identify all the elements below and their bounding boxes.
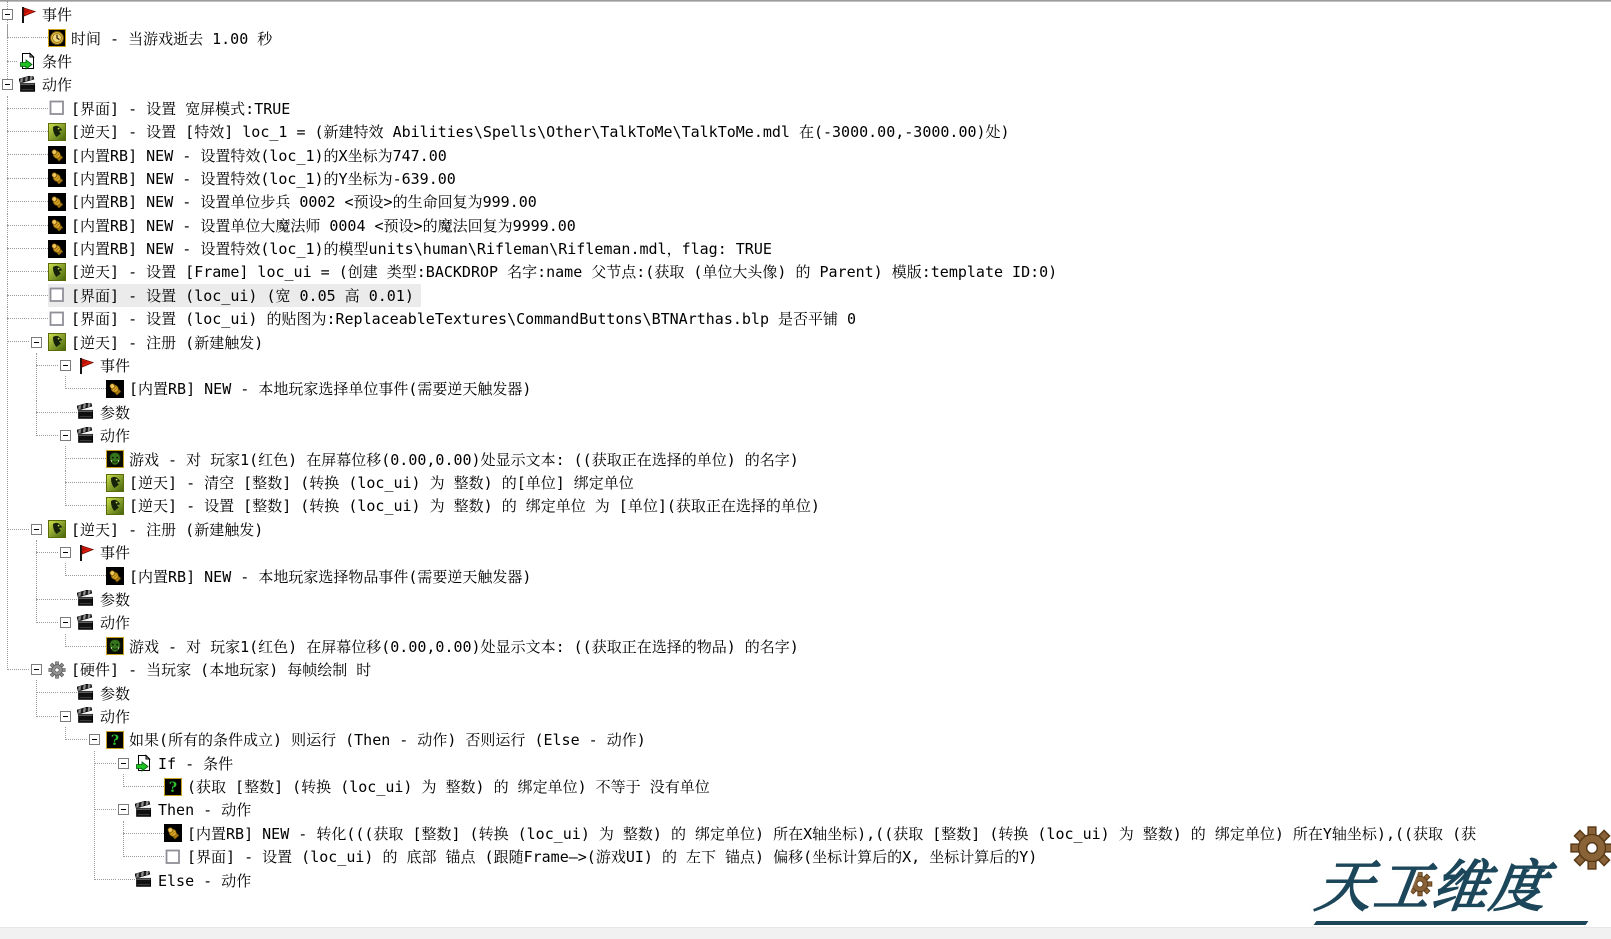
- tree-row[interactable]: [界面] - 设置 宽屏模式:TRUE: [31, 97, 1611, 120]
- action-clapper-icon: [135, 801, 153, 819]
- tree-row[interactable]: 事件: [60, 354, 1611, 377]
- action-clapper-icon: [77, 614, 95, 632]
- tree-node: If - 条件?(获取 [整数] (转换 (loc_ui) 为 整数) 的 绑定…: [118, 752, 1611, 799]
- row-content: 条件: [19, 50, 79, 73]
- tree-connector-slot: [147, 822, 164, 845]
- tree-connector-slot: [2, 73, 19, 96]
- tree-connector-slot: [60, 541, 77, 564]
- tree-row[interactable]: ?(获取 [整数] (转换 (loc_ui) 为 整数) 的 绑定单位) 不等于…: [147, 775, 1611, 798]
- tree-row-label: 参数: [100, 683, 130, 704]
- event-flag-icon: [19, 6, 37, 24]
- tree-node: [界面] - 设置 宽屏模式:TRUE: [31, 97, 1611, 120]
- row-content: 参数: [77, 588, 137, 611]
- expand-collapse-toggle[interactable]: [60, 617, 71, 628]
- tree-row[interactable]: Then - 动作: [118, 798, 1611, 821]
- tree-node: 事件时间 - 当游戏逝去 1.00 秒: [2, 3, 1611, 50]
- tree-node: [内置RB] NEW - 设置单位步兵 0002 <预设>的生命回复为999.0…: [31, 190, 1611, 213]
- trigger-editor-tree: 事件时间 - 当游戏逝去 1.00 秒条件动作[界面] - 设置 宽屏模式:TR…: [0, 3, 1611, 892]
- tree-connector-slot: [60, 401, 77, 424]
- tree-row-label: [内置RB] NEW - 转化(((获取 [整数] (转换 (loc_ui) 为…: [187, 823, 1476, 844]
- tree-connector-slot: [31, 658, 48, 681]
- row-content: 动作: [77, 611, 137, 634]
- tree-row-label: 动作: [42, 74, 72, 95]
- tree-connector-slot: [31, 214, 48, 237]
- tree-connector-slot: [31, 167, 48, 190]
- tree-row[interactable]: [逆天] - 注册 (新建触发): [31, 518, 1611, 541]
- expand-collapse-toggle[interactable]: [118, 804, 129, 815]
- nitian-icon: [48, 123, 66, 141]
- if-question-icon: ?: [164, 778, 182, 796]
- row-content: [逆天] - 设置 [特效] loc_1 = (新建特效 Abilities\S…: [48, 120, 1017, 143]
- tree-row[interactable]: 游戏 - 对 玩家1(红色) 在屏幕位移(0.00,0.00)处显示文本: ((…: [89, 635, 1611, 658]
- tree-row[interactable]: [内置RB] NEW - 设置特效(loc_1)的Y坐标为-639.00: [31, 167, 1611, 190]
- rb-fist-icon: [106, 380, 124, 398]
- tree-connector-slot: [2, 50, 19, 73]
- tree-row-label: 事件: [42, 4, 72, 25]
- event-flag-icon: [77, 357, 95, 375]
- tree-row-label: [内置RB] NEW - 本地玩家选择单位事件(需要逆天触发器): [129, 378, 531, 399]
- tree-row[interactable]: [内置RB] NEW - 设置特效(loc_1)的X坐标为747.00: [31, 143, 1611, 166]
- tree-row[interactable]: 动作: [2, 73, 1611, 96]
- expand-collapse-toggle[interactable]: [31, 664, 42, 675]
- row-content: [内置RB] NEW - 设置特效(loc_1)的X坐标为747.00: [48, 143, 454, 166]
- ui-square-icon: [164, 848, 182, 866]
- row-content: [逆天] - 注册 (新建触发): [48, 518, 270, 541]
- tree-row-label: 时间 - 当游戏逝去 1.00 秒: [71, 28, 272, 49]
- action-clapper-icon: [77, 684, 95, 702]
- tree-connector-slot: [31, 97, 48, 120]
- expand-collapse-toggle[interactable]: [31, 524, 42, 535]
- tree-connector-slot: [31, 284, 48, 307]
- tree-row[interactable]: [内置RB] NEW - 设置单位步兵 0002 <预设>的生命回复为999.0…: [31, 190, 1611, 213]
- tree-node: 动作游戏 - 对 玩家1(红色) 在屏幕位移(0.00,0.00)处显示文本: …: [60, 424, 1611, 518]
- row-content: Then - 动作: [135, 798, 258, 821]
- action-clapper-icon: [77, 707, 95, 725]
- tree-row-label: 游戏 - 对 玩家1(红色) 在屏幕位移(0.00,0.00)处显示文本: ((…: [129, 449, 799, 470]
- tree-node: [内置RB] NEW - 本地玩家选择单位事件(需要逆天触发器): [89, 377, 1611, 400]
- tree-row-label: [界面] - 设置 (loc_ui) 的 底部 锚点 (跟随Frame—>(游戏…: [187, 846, 1037, 867]
- tree-node: [逆天] - 清空 [整数] (转换 (loc_ui) 为 整数) 的[单位] …: [89, 471, 1611, 494]
- row-content: [内置RB] NEW - 设置特效(loc_1)的模型units\human\R…: [48, 237, 779, 260]
- tree-node: 参数: [60, 681, 1611, 704]
- tree-node: [内置RB] NEW - 设置特效(loc_1)的模型units\human\R…: [31, 237, 1611, 260]
- condition-page-icon: [19, 52, 37, 70]
- tree-connector-slot: [118, 798, 135, 821]
- tree-node: 动作?如果(所有的条件成立) 则运行 (Then - 动作) 否则运行 (Els…: [60, 705, 1611, 892]
- timer-clock-icon: [48, 29, 66, 47]
- row-content: [内置RB] NEW - 转化(((获取 [整数] (转换 (loc_ui) 为…: [164, 822, 1483, 845]
- nitian-icon: [106, 497, 124, 515]
- tree-row-label: 动作: [100, 706, 130, 727]
- window-top-border: [0, 0, 1611, 2]
- watermark-underline: [1314, 921, 1589, 925]
- expand-collapse-toggle[interactable]: [118, 758, 129, 769]
- rb-fist-icon: [48, 146, 66, 164]
- tree-connector-slot: [31, 330, 48, 353]
- tree-connector-slot: [31, 260, 48, 283]
- tree-row[interactable]: [内置RB] NEW - 设置特效(loc_1)的模型units\human\R…: [31, 237, 1611, 260]
- row-content: Else - 动作: [135, 868, 258, 891]
- tree-connector-slot: [147, 775, 164, 798]
- tree-row-label: [内置RB] NEW - 设置特效(loc_1)的模型units\human\R…: [71, 238, 772, 259]
- tree-row[interactable]: 参数: [60, 588, 1611, 611]
- row-content: 动作: [19, 73, 79, 96]
- tree-node: ?(获取 [整数] (转换 (loc_ui) 为 整数) 的 绑定单位) 不等于…: [147, 775, 1611, 798]
- tree-connector-slot: [31, 143, 48, 166]
- row-content: [逆天] - 设置 [Frame] loc_ui = (创建 类型:BACKDR…: [48, 260, 1064, 283]
- tree-row-label: 动作: [100, 612, 130, 633]
- tree-row[interactable]: 动作: [60, 705, 1611, 728]
- row-content: 动作: [77, 705, 137, 728]
- tree-node: [逆天] - 设置 [整数] (转换 (loc_ui) 为 整数) 的 绑定单位…: [89, 494, 1611, 517]
- tree-row-label: [界面] - 设置 (loc_ui) (宽 0.05 高 0.01): [71, 285, 414, 306]
- tree-node: 参数: [60, 588, 1611, 611]
- row-content: [内置RB] NEW - 本地玩家选择物品事件(需要逆天触发器): [106, 564, 538, 587]
- tree-row-label: 事件: [100, 355, 130, 376]
- row-content: [界面] - 设置 (loc_ui) 的 底部 锚点 (跟随Frame—>(游戏…: [164, 845, 1044, 868]
- tree-connector-slot: [118, 868, 135, 891]
- tree-row-label: [内置RB] NEW - 设置特效(loc_1)的X坐标为747.00: [71, 145, 447, 166]
- tree-connector-slot: [89, 635, 106, 658]
- tree-row-label: [逆天] - 注册 (新建触发): [71, 519, 263, 540]
- tree-row[interactable]: [硬件] - 当玩家 (本地玩家) 每帧绘制 时: [31, 658, 1611, 681]
- tree-row[interactable]: 事件: [2, 3, 1611, 26]
- row-content: [界面] - 设置 宽屏模式:TRUE: [48, 97, 297, 120]
- tree-row-label: [内置RB] NEW - 设置单位大魔法师 0004 <预设>的魔法回复为999…: [71, 215, 576, 236]
- tree-node: [界面] - 设置 (loc_ui) (宽 0.05 高 0.01): [31, 284, 1611, 307]
- tree-connector-slot: [89, 564, 106, 587]
- tree-node: 游戏 - 对 玩家1(红色) 在屏幕位移(0.00,0.00)处显示文本: ((…: [89, 635, 1611, 658]
- tree-row-label: [内置RB] NEW - 本地玩家选择物品事件(需要逆天触发器): [129, 566, 531, 587]
- tree-node: 条件: [2, 50, 1611, 73]
- selected-row-content: [界面] - 设置 (loc_ui) (宽 0.05 高 0.01): [48, 284, 421, 307]
- tree-node: [逆天] - 注册 (新建触发)事件[内置RB] NEW - 本地玩家选择单位事…: [31, 330, 1611, 517]
- tree-node: [界面] - 设置 (loc_ui) 的贴图为:ReplaceableTextu…: [31, 307, 1611, 330]
- horizontal-scrollbar[interactable]: [0, 927, 1611, 939]
- rb-fist-icon: [48, 216, 66, 234]
- if-question-icon: ?: [106, 731, 124, 749]
- tree-row[interactable]: 动作: [60, 611, 1611, 634]
- tree-row-label: 动作: [100, 425, 130, 446]
- tree-node: [逆天] - 注册 (新建触发)事件[内置RB] NEW - 本地玩家选择物品事…: [31, 518, 1611, 658]
- ui-square-icon: [48, 286, 66, 304]
- svg-text:?: ?: [111, 733, 119, 749]
- tree-connector-slot: [89, 471, 106, 494]
- tree-row-label: 事件: [100, 542, 130, 563]
- row-content: 游戏 - 对 玩家1(红色) 在屏幕位移(0.00,0.00)处显示文本: ((…: [106, 447, 806, 470]
- tree-row[interactable]: Else - 动作: [118, 868, 1611, 891]
- row-content: [内置RB] NEW - 设置特效(loc_1)的Y坐标为-639.00: [48, 167, 463, 190]
- tree-node: [内置RB] NEW - 设置特效(loc_1)的Y坐标为-639.00: [31, 167, 1611, 190]
- tree-row[interactable]: [逆天] - 设置 [整数] (转换 (loc_ui) 为 整数) 的 绑定单位…: [89, 494, 1611, 517]
- tree-row-label: 参数: [100, 589, 130, 610]
- tree-connector-slot: [118, 752, 135, 775]
- tree-row[interactable]: 参数: [60, 681, 1611, 704]
- tree-node: [硬件] - 当玩家 (本地玩家) 每帧绘制 时参数动作?如果(所有的条件成立)…: [31, 658, 1611, 892]
- tree-row[interactable]: 时间 - 当游戏逝去 1.00 秒: [31, 26, 1611, 49]
- tree-node: 事件[内置RB] NEW - 本地玩家选择单位事件(需要逆天触发器): [60, 354, 1611, 401]
- tree-row[interactable]: 参数: [60, 401, 1611, 424]
- tree-row[interactable]: ?如果(所有的条件成立) 则运行 (Then - 动作) 否则运行 (Else …: [89, 728, 1611, 751]
- tree-row-label: 游戏 - 对 玩家1(红色) 在屏幕位移(0.00,0.00)处显示文本: ((…: [129, 636, 799, 657]
- expand-collapse-toggle[interactable]: [60, 430, 71, 441]
- tree-connector-slot: [147, 845, 164, 868]
- tree-connector-slot: [31, 307, 48, 330]
- tree-node: 时间 - 当游戏逝去 1.00 秒: [31, 26, 1611, 49]
- row-content: 参数: [77, 681, 137, 704]
- action-clapper-icon: [77, 403, 95, 421]
- expand-collapse-toggle[interactable]: [2, 79, 13, 90]
- row-content: 事件: [77, 354, 137, 377]
- row-content: [逆天] - 清空 [整数] (转换 (loc_ui) 为 整数) 的[单位] …: [106, 471, 641, 494]
- tree-row[interactable]: [界面] - 设置 (loc_ui) (宽 0.05 高 0.01): [31, 284, 1611, 307]
- svg-text:?: ?: [169, 780, 177, 796]
- condition-page-icon: [135, 754, 153, 772]
- expand-collapse-toggle[interactable]: [2, 9, 13, 20]
- action-clapper-icon: [135, 871, 153, 889]
- tree-connector-slot: [89, 494, 106, 517]
- tree-connector-slot: [60, 681, 77, 704]
- ui-square-icon: [48, 99, 66, 117]
- expand-collapse-toggle[interactable]: [31, 337, 42, 348]
- tree-row[interactable]: [逆天] - 设置 [Frame] loc_ui = (创建 类型:BACKDR…: [31, 260, 1611, 283]
- tree-row-label: Else - 动作: [158, 870, 251, 891]
- tree-node: 动作[界面] - 设置 宽屏模式:TRUE[逆天] - 设置 [特效] loc_…: [2, 73, 1611, 892]
- tree-node: [内置RB] NEW - 设置特效(loc_1)的X坐标为747.00: [31, 143, 1611, 166]
- row-content: [硬件] - 当玩家 (本地玩家) 每帧绘制 时: [48, 658, 378, 681]
- tree-connector-slot: [89, 447, 106, 470]
- row-content: 动作: [77, 424, 137, 447]
- tree-connector-slot: [60, 705, 77, 728]
- row-content: If - 条件: [135, 752, 240, 775]
- game-face-icon: [106, 450, 124, 468]
- tree-connector-slot: [2, 3, 19, 26]
- action-clapper-icon: [77, 427, 95, 445]
- tree-row-label: 条件: [42, 51, 72, 72]
- tree-connector-slot: [60, 588, 77, 611]
- row-content: [逆天] - 注册 (新建触发): [48, 330, 270, 353]
- tree-row-label: [内置RB] NEW - 设置单位步兵 0002 <预设>的生命回复为999.0…: [71, 191, 537, 212]
- row-content: [内置RB] NEW - 设置单位步兵 0002 <预设>的生命回复为999.0…: [48, 190, 544, 213]
- tree-row-label: 如果(所有的条件成立) 则运行 (Then - 动作) 否则运行 (Else -…: [129, 729, 646, 750]
- row-content: ?如果(所有的条件成立) 则运行 (Then - 动作) 否则运行 (Else …: [106, 728, 653, 751]
- nitian-icon: [48, 333, 66, 351]
- row-content: ?(获取 [整数] (转换 (loc_ui) 为 整数) 的 绑定单位) 不等于…: [164, 775, 717, 798]
- tree-row-label: [内置RB] NEW - 设置特效(loc_1)的Y坐标为-639.00: [71, 168, 456, 189]
- rb-fist-icon: [48, 193, 66, 211]
- row-content: 事件: [19, 3, 79, 26]
- tree-row[interactable]: 游戏 - 对 玩家1(红色) 在屏幕位移(0.00,0.00)处显示文本: ((…: [89, 447, 1611, 470]
- rb-fist-icon: [48, 240, 66, 258]
- tree-row[interactable]: [内置RB] NEW - 本地玩家选择物品事件(需要逆天触发器): [89, 564, 1611, 587]
- tree-row[interactable]: 动作: [60, 424, 1611, 447]
- tree-node: [逆天] - 设置 [Frame] loc_ui = (创建 类型:BACKDR…: [31, 260, 1611, 283]
- nitian-icon: [48, 263, 66, 281]
- tree-node: [内置RB] NEW - 设置单位大魔法师 0004 <预设>的魔法回复为999…: [31, 214, 1611, 237]
- tree-row-label: [逆天] - 设置 [Frame] loc_ui = (创建 类型:BACKDR…: [71, 261, 1057, 282]
- action-clapper-icon: [19, 76, 37, 94]
- tree-connector-slot: [31, 518, 48, 541]
- tree-row-label: [界面] - 设置 宽屏模式:TRUE: [71, 98, 290, 119]
- tree-node: Else - 动作: [118, 868, 1611, 891]
- tree-node: [内置RB] NEW - 本地玩家选择物品事件(需要逆天触发器): [89, 564, 1611, 587]
- tree-row[interactable]: 条件: [2, 50, 1611, 73]
- tree-node: 动作游戏 - 对 玩家1(红色) 在屏幕位移(0.00,0.00)处显示文本: …: [60, 611, 1611, 658]
- row-content: 时间 - 当游戏逝去 1.00 秒: [48, 26, 279, 49]
- tree-node: [界面] - 设置 (loc_ui) 的 底部 锚点 (跟随Frame—>(游戏…: [147, 845, 1611, 868]
- tree-connector-slot: [89, 728, 106, 751]
- expand-collapse-toggle[interactable]: [60, 711, 71, 722]
- tree-node: 游戏 - 对 玩家1(红色) 在屏幕位移(0.00,0.00)处显示文本: ((…: [89, 447, 1611, 470]
- tree-row-label: Then - 动作: [158, 799, 251, 820]
- row-content: [界面] - 设置 (loc_ui) 的贴图为:ReplaceableTextu…: [48, 307, 863, 330]
- row-content: [内置RB] NEW - 设置单位大魔法师 0004 <预设>的魔法回复为999…: [48, 214, 583, 237]
- row-content: 事件: [77, 541, 137, 564]
- tree-connector-slot: [60, 424, 77, 447]
- row-content: [逆天] - 设置 [整数] (转换 (loc_ui) 为 整数) 的 绑定单位…: [106, 494, 827, 517]
- game-face-icon: [106, 637, 124, 655]
- ui-square-icon: [48, 310, 66, 328]
- tree-connector-slot: [60, 354, 77, 377]
- tree-node: Then - 动作[内置RB] NEW - 转化(((获取 [整数] (转换 (…: [118, 798, 1611, 868]
- tree-node: 事件[内置RB] NEW - 本地玩家选择物品事件(需要逆天触发器): [60, 541, 1611, 588]
- tree-connector-slot: [31, 190, 48, 213]
- tree-row[interactable]: [逆天] - 清空 [整数] (转换 (loc_ui) 为 整数) 的[单位] …: [89, 471, 1611, 494]
- nitian-icon: [48, 520, 66, 538]
- tree-connector-slot: [60, 611, 77, 634]
- tree-row-label: 参数: [100, 402, 130, 423]
- hardware-gear-icon: [48, 661, 66, 679]
- tree-row[interactable]: [内置RB] NEW - 转化(((获取 [整数] (转换 (loc_ui) 为…: [147, 822, 1611, 845]
- rb-fist-icon: [106, 567, 124, 585]
- tree-row-label: [逆天] - 设置 [整数] (转换 (loc_ui) 为 整数) 的 绑定单位…: [129, 495, 820, 516]
- tree-connector-slot: [31, 120, 48, 143]
- rb-fist-icon: [164, 824, 182, 842]
- tree-row[interactable]: [界面] - 设置 (loc_ui) 的 底部 锚点 (跟随Frame—>(游戏…: [147, 845, 1611, 868]
- expand-collapse-toggle[interactable]: [60, 547, 71, 558]
- tree-row[interactable]: If - 条件: [118, 752, 1611, 775]
- tree-node: 参数: [60, 401, 1611, 424]
- tree-row[interactable]: 事件: [60, 541, 1611, 564]
- row-content: [内置RB] NEW - 本地玩家选择单位事件(需要逆天触发器): [106, 377, 538, 400]
- rb-fist-icon: [48, 169, 66, 187]
- action-clapper-icon: [77, 590, 95, 608]
- tree-row-label: [逆天] - 清空 [整数] (转换 (loc_ui) 为 整数) 的[单位] …: [129, 472, 634, 493]
- tree-row-label: [硬件] - 当玩家 (本地玩家) 每帧绘制 时: [71, 659, 371, 680]
- tree-row-label: If - 条件: [158, 753, 233, 774]
- row-content: 游戏 - 对 玩家1(红色) 在屏幕位移(0.00,0.00)处显示文本: ((…: [106, 635, 806, 658]
- nitian-icon: [106, 474, 124, 492]
- tree-row[interactable]: [逆天] - 注册 (新建触发): [31, 330, 1611, 353]
- event-flag-icon: [77, 544, 95, 562]
- tree-node: [内置RB] NEW - 转化(((获取 [整数] (转换 (loc_ui) 为…: [147, 822, 1611, 845]
- tree-row[interactable]: [内置RB] NEW - 本地玩家选择单位事件(需要逆天触发器): [89, 377, 1611, 400]
- tree-row[interactable]: [内置RB] NEW - 设置单位大魔法师 0004 <预设>的魔法回复为999…: [31, 214, 1611, 237]
- tree-row-label: (获取 [整数] (转换 (loc_ui) 为 整数) 的 绑定单位) 不等于 …: [187, 776, 710, 797]
- tree-node: [逆天] - 设置 [特效] loc_1 = (新建特效 Abilities\S…: [31, 120, 1611, 143]
- tree-row[interactable]: [界面] - 设置 (loc_ui) 的贴图为:ReplaceableTextu…: [31, 307, 1611, 330]
- tree-node: ?如果(所有的条件成立) 则运行 (Then - 动作) 否则运行 (Else …: [89, 728, 1611, 892]
- row-content: 参数: [77, 401, 137, 424]
- tree-row[interactable]: [逆天] - 设置 [特效] loc_1 = (新建特效 Abilities\S…: [31, 120, 1611, 143]
- tree-connector-slot: [31, 237, 48, 260]
- expand-collapse-toggle[interactable]: [89, 734, 100, 745]
- tree-connector-slot: [89, 377, 106, 400]
- expand-collapse-toggle[interactable]: [60, 360, 71, 371]
- tree-row-label: [逆天] - 设置 [特效] loc_1 = (新建特效 Abilities\S…: [71, 121, 1010, 142]
- tree-row-label: [界面] - 设置 (loc_ui) 的贴图为:ReplaceableTextu…: [71, 308, 856, 329]
- tree-connector-slot: [31, 26, 48, 49]
- tree-row-label: [逆天] - 注册 (新建触发): [71, 332, 263, 353]
